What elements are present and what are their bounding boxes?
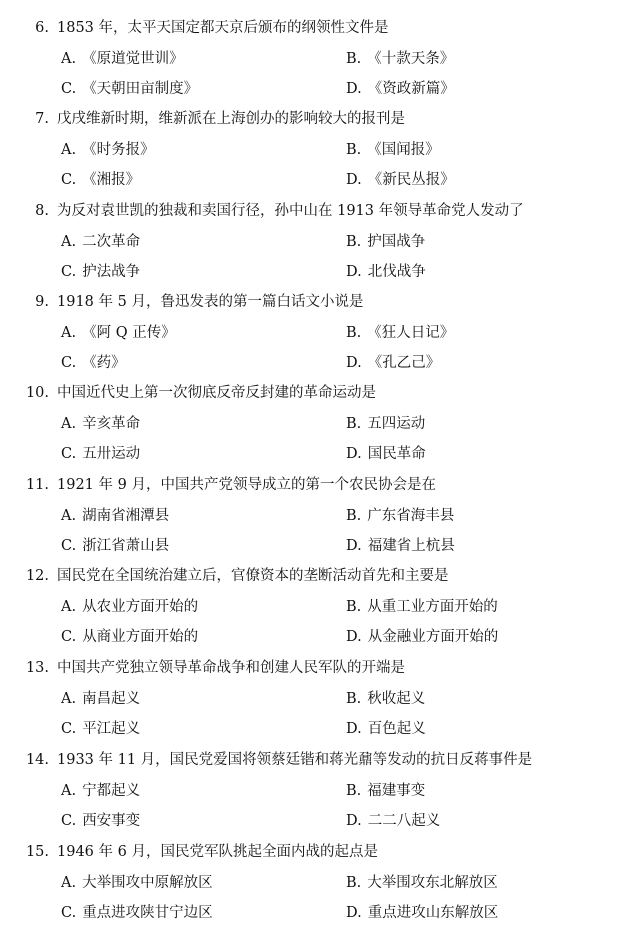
option-d: D.《孔乙己》 xyxy=(346,348,440,378)
option-letter: D. xyxy=(346,348,362,378)
option-letter: D. xyxy=(346,257,362,287)
option-text: 护法战争 xyxy=(82,264,140,280)
option-a: A.宁都起义 xyxy=(61,776,140,806)
option-letter: A. xyxy=(61,776,76,806)
option-d: D.二二八起义 xyxy=(346,806,440,836)
option-d: D.百色起义 xyxy=(346,714,426,744)
option-b: B.福建事变 xyxy=(346,776,425,806)
question-text: 1946 年 6 月，国民党军队挑起全面内战的起点是 xyxy=(57,844,378,860)
option-letter: C. xyxy=(61,74,76,104)
option-text: 《十款天条》 xyxy=(367,51,454,67)
option-letter: A. xyxy=(61,684,76,714)
option-letter: B. xyxy=(346,409,361,439)
option-text: 《药》 xyxy=(82,355,126,371)
option-a: A.南昌起义 xyxy=(61,684,140,714)
option-text: 北伐战争 xyxy=(368,264,426,280)
option-letter: D. xyxy=(346,439,362,469)
option-b: B.广东省海丰县 xyxy=(346,501,454,531)
option-letter: C. xyxy=(61,898,76,928)
option-text: 《阿 Q 正传》 xyxy=(82,325,176,341)
option-text: 大举围攻东北解放区 xyxy=(367,875,498,891)
option-letter: A. xyxy=(61,318,76,348)
option-letter: C. xyxy=(61,531,76,561)
option-text: 宁都起义 xyxy=(82,783,140,799)
option-letter: C. xyxy=(61,622,76,652)
question-stem: 10.中国近代史上第一次彻底反帝反封建的革命运动是 xyxy=(0,378,376,408)
question-text: 为反对袁世凯的独裁和卖国行径，孙中山在 1913 年领导革命党人发动了 xyxy=(57,203,524,219)
option-text: 福建事变 xyxy=(367,783,425,799)
question-stem: 13.中国共产党独立领导革命战争和创建人民军队的开端是 xyxy=(0,653,405,683)
option-text: 湖南省湘潭县 xyxy=(82,508,169,524)
option-text: 辛亥革命 xyxy=(82,416,140,432)
option-b: B.《狂人日记》 xyxy=(346,318,454,348)
option-text: 平江起义 xyxy=(82,721,140,737)
option-text: 护国战争 xyxy=(367,234,425,250)
option-letter: A. xyxy=(61,592,76,622)
option-text: 《孔乙己》 xyxy=(368,355,441,371)
option-letter: D. xyxy=(346,714,362,744)
option-text: 从重工业方面开始的 xyxy=(367,599,498,615)
option-a: A.二次革命 xyxy=(61,227,140,257)
option-letter: B. xyxy=(346,684,361,714)
option-text: 《资政新篇》 xyxy=(368,81,455,97)
option-text: 福建省上杭县 xyxy=(368,538,455,554)
option-d: D.福建省上杭县 xyxy=(346,531,455,561)
option-letter: C. xyxy=(61,714,76,744)
question-text: 戊戌维新时期，维新派在上海创办的影响较大的报刊是 xyxy=(57,111,405,127)
question-number: 15. xyxy=(0,837,49,867)
question-text: 1918 年 5 月，鲁迅发表的第一篇白话文小说是 xyxy=(57,294,363,310)
option-c: C.平江起义 xyxy=(61,714,140,744)
question-stem: 11.1921 年 9 月，中国共产党领导成立的第一个农民协会是在 xyxy=(0,470,436,500)
option-d: D.北伐战争 xyxy=(346,257,426,287)
option-letter: B. xyxy=(346,135,361,165)
option-text: 从商业方面开始的 xyxy=(82,629,198,645)
question-text: 1933 年 11 月，国民党爱国将领蔡廷锴和蒋光鼐等发动的抗日反蒋事件是 xyxy=(57,752,532,768)
option-letter: A. xyxy=(61,44,76,74)
option-a: A.湖南省湘潭县 xyxy=(61,501,169,531)
question-text: 中国共产党独立领导革命战争和创建人民军队的开端是 xyxy=(57,660,405,676)
option-text: 五卅运动 xyxy=(82,446,140,462)
option-letter: D. xyxy=(346,74,362,104)
option-letter: A. xyxy=(61,501,76,531)
option-c: C.《湘报》 xyxy=(61,165,140,195)
question-number: 14. xyxy=(0,745,49,775)
option-c: C.西安事变 xyxy=(61,806,140,836)
option-a: A.《原道觉世训》 xyxy=(61,44,184,74)
option-text: 广东省海丰县 xyxy=(367,508,454,524)
question-text: 国民党在全国统治建立后，官僚资本的垄断活动首先和主要是 xyxy=(57,568,449,584)
option-b: B.五四运动 xyxy=(346,409,425,439)
option-letter: C. xyxy=(61,439,76,469)
option-text: 《湘报》 xyxy=(82,172,140,188)
option-letter: C. xyxy=(61,348,76,378)
option-letter: A. xyxy=(61,227,76,257)
option-letter: D. xyxy=(346,898,362,928)
option-letter: A. xyxy=(61,135,76,165)
option-letter: C. xyxy=(61,257,76,287)
exam-page: 6.1853 年，太平天国定都天京后颁布的纲领性文件是 A.《原道觉世训》 B.… xyxy=(0,0,630,943)
option-b: B.从重工业方面开始的 xyxy=(346,592,498,622)
option-c: C.从商业方面开始的 xyxy=(61,622,198,652)
option-a: A.从农业方面开始的 xyxy=(61,592,198,622)
option-text: 二次革命 xyxy=(82,234,140,250)
option-c: C.浙江省萧山县 xyxy=(61,531,169,561)
option-c: C.《药》 xyxy=(61,348,126,378)
option-text: 重点进攻陕甘宁边区 xyxy=(82,905,213,921)
option-a: A.《时务报》 xyxy=(61,135,155,165)
option-letter: C. xyxy=(61,806,76,836)
option-text: 《狂人日记》 xyxy=(367,325,454,341)
question-stem: 9.1918 年 5 月，鲁迅发表的第一篇白话文小说是 xyxy=(0,287,363,317)
option-letter: B. xyxy=(346,868,361,898)
option-letter: A. xyxy=(61,409,76,439)
question-number: 12. xyxy=(0,561,49,591)
option-text: 秋收起义 xyxy=(367,691,425,707)
question-stem: 15.1946 年 6 月，国民党军队挑起全面内战的起点是 xyxy=(0,837,378,867)
option-text: 从农业方面开始的 xyxy=(82,599,198,615)
option-b: B.秋收起义 xyxy=(346,684,425,714)
option-text: 大举围攻中原解放区 xyxy=(82,875,213,891)
option-letter: D. xyxy=(346,531,362,561)
option-b: B.《国闻报》 xyxy=(346,135,440,165)
question-number: 13. xyxy=(0,653,49,683)
option-letter: D. xyxy=(346,622,362,652)
option-text: 浙江省萧山县 xyxy=(82,538,169,554)
option-letter: B. xyxy=(346,227,361,257)
question-text: 1921 年 9 月，中国共产党领导成立的第一个农民协会是在 xyxy=(57,477,436,493)
option-letter: D. xyxy=(346,165,362,195)
option-b: B.大举围攻东北解放区 xyxy=(346,868,498,898)
question-text: 中国近代史上第一次彻底反帝反封建的革命运动是 xyxy=(57,385,376,401)
option-d: D.国民革命 xyxy=(346,439,426,469)
option-text: 从金融业方面开始的 xyxy=(368,629,499,645)
option-c: C.护法战争 xyxy=(61,257,140,287)
question-number: 9. xyxy=(0,287,49,317)
option-text: 西安事变 xyxy=(82,813,140,829)
question-stem: 14.1933 年 11 月，国民党爱国将领蔡廷锴和蒋光鼐等发动的抗日反蒋事件是 xyxy=(0,745,532,775)
option-text: 《时务报》 xyxy=(82,142,155,158)
option-d: D.《资政新篇》 xyxy=(346,74,455,104)
option-letter: A. xyxy=(61,868,76,898)
option-d: D.《新民丛报》 xyxy=(346,165,455,195)
option-text: 《新民丛报》 xyxy=(368,172,455,188)
question-number: 8. xyxy=(0,196,49,226)
option-text: 百色起义 xyxy=(368,721,426,737)
option-a: A.辛亥革命 xyxy=(61,409,140,439)
option-c: C.《天朝田亩制度》 xyxy=(61,74,198,104)
option-a: A.大举围攻中原解放区 xyxy=(61,868,213,898)
option-a: A.《阿 Q 正传》 xyxy=(61,318,176,348)
question-number: 6. xyxy=(0,13,49,43)
question-number: 10. xyxy=(0,378,49,408)
option-c: C.重点进攻陕甘宁边区 xyxy=(61,898,213,928)
question-stem: 6.1853 年，太平天国定都天京后颁布的纲领性文件是 xyxy=(0,13,389,43)
option-letter: B. xyxy=(346,501,361,531)
option-c: C.五卅运动 xyxy=(61,439,140,469)
option-text: 重点进攻山东解放区 xyxy=(368,905,499,921)
option-text: 《原道觉世训》 xyxy=(82,51,184,67)
option-letter: D. xyxy=(346,806,362,836)
option-text: 国民革命 xyxy=(368,446,426,462)
option-letter: C. xyxy=(61,165,76,195)
option-letter: B. xyxy=(346,776,361,806)
option-d: D.从金融业方面开始的 xyxy=(346,622,498,652)
option-text: 五四运动 xyxy=(367,416,425,432)
option-text: 二二八起义 xyxy=(368,813,441,829)
option-b: B.《十款天条》 xyxy=(346,44,454,74)
question-text: 1853 年，太平天国定都天京后颁布的纲领性文件是 xyxy=(57,20,389,36)
option-text: 《国闻报》 xyxy=(367,142,440,158)
question-number: 11. xyxy=(0,470,49,500)
question-stem: 8.为反对袁世凯的独裁和卖国行径，孙中山在 1913 年领导革命党人发动了 xyxy=(0,196,524,226)
option-letter: B. xyxy=(346,318,361,348)
option-letter: B. xyxy=(346,592,361,622)
question-stem: 7.戊戌维新时期，维新派在上海创办的影响较大的报刊是 xyxy=(0,104,405,134)
question-number: 7. xyxy=(0,104,49,134)
option-letter: B. xyxy=(346,44,361,74)
option-b: B.护国战争 xyxy=(346,227,425,257)
option-text: 《天朝田亩制度》 xyxy=(82,81,198,97)
question-stem: 12.国民党在全国统治建立后，官僚资本的垄断活动首先和主要是 xyxy=(0,561,449,591)
option-d: D.重点进攻山东解放区 xyxy=(346,898,498,928)
option-text: 南昌起义 xyxy=(82,691,140,707)
